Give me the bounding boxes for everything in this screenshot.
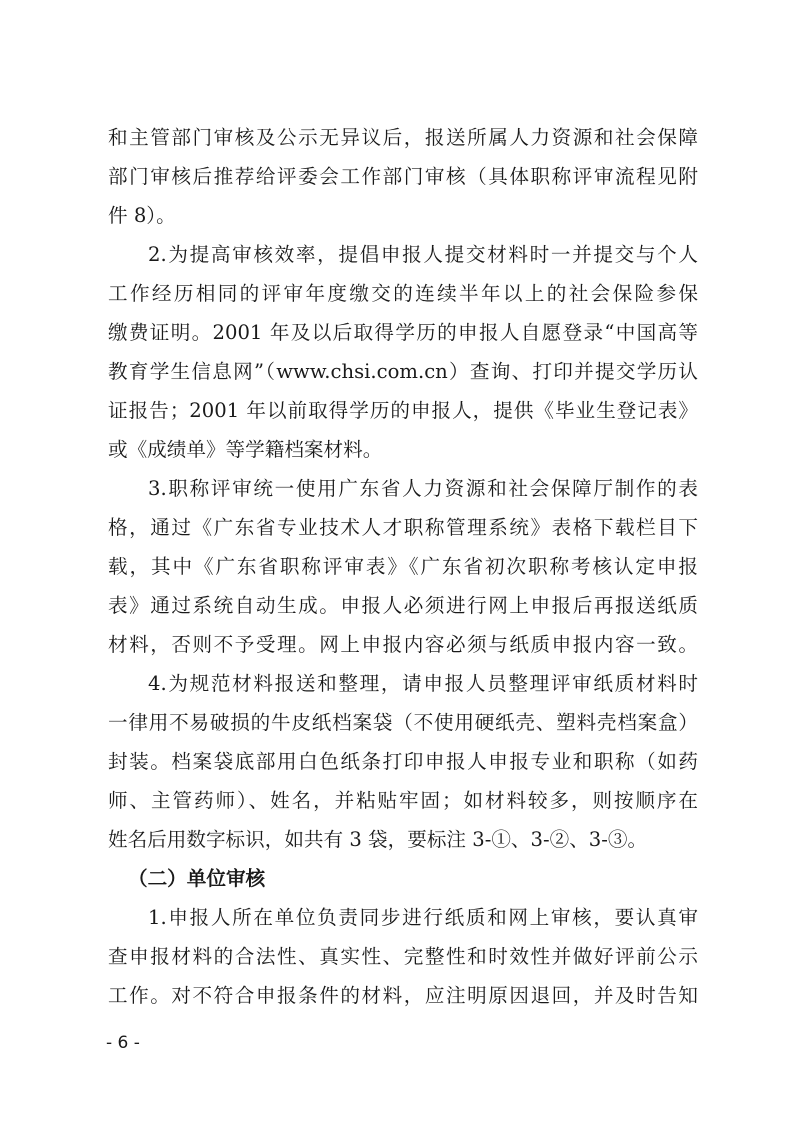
text-line: 部门审核后推荐给评委会工作部门审核（具体职称评审流程见附 bbox=[108, 157, 698, 196]
text-line: 表》通过系统自动生成。申报人必须进行网上申报后再报送纸质 bbox=[108, 586, 698, 625]
text-line: 教育学生信息网”（www.chsi.com.cn）查询、打印并提交学历认 bbox=[108, 352, 698, 391]
text-line: 件 8）。 bbox=[108, 196, 698, 235]
text-line: 材料，否则不予受理。网上申报内容必须与纸质申报内容一致。 bbox=[108, 625, 698, 664]
paragraph-continuation: 和主管部门审核及公示无异议后，报送所属人力资源和社会保障 部门审核后推荐给评委会… bbox=[108, 118, 698, 235]
text-line: 2.为提高审核效率，提倡申报人提交材料时一并提交与个人 bbox=[108, 235, 698, 274]
document-page: 和主管部门审核及公示无异议后，报送所属人力资源和社会保障 部门审核后推荐给评委会… bbox=[108, 118, 698, 1015]
text-line: 工作。对不符合申报条件的材料，应注明原因退回，并及时告知 bbox=[108, 976, 698, 1015]
text-line: 一律用不易破损的牛皮纸档案袋（不使用硬纸壳、塑料壳档案盒） bbox=[108, 703, 698, 742]
page-number: - 6 - bbox=[106, 1033, 140, 1053]
text-line: 和主管部门审核及公示无异议后，报送所属人力资源和社会保障 bbox=[108, 118, 698, 157]
text-line: 师、主管药师）、姓名，并粘贴牢固；如材料较多，则按顺序在 bbox=[108, 781, 698, 820]
paragraph-item-2: 2.为提高审核效率，提倡申报人提交材料时一并提交与个人 工作经历相同的评审年度缴… bbox=[108, 235, 698, 469]
text-line: 或《成绩单》等学籍档案材料。 bbox=[108, 430, 698, 469]
text-line: 姓名后用数字标识，如共有 3 袋，要标注 3-①、3-②、3-③。 bbox=[108, 820, 698, 859]
text-line: 格，通过《广东省专业技术人才职称管理系统》表格下载栏目下 bbox=[108, 508, 698, 547]
paragraph-unit-item-1: 1.申报人所在单位负责同步进行纸质和网上审核，要认真审 查申报材料的合法性、真实… bbox=[108, 898, 698, 1015]
text-line: 缴费证明。2001 年及以后取得学历的申报人自愿登录“中国高等 bbox=[108, 313, 698, 352]
text-line: 封装。档案袋底部用白色纸条打印申报人申报专业和职称（如药 bbox=[108, 742, 698, 781]
section-heading: （二）单位审核 bbox=[108, 859, 698, 898]
text-line: 工作经历相同的评审年度缴交的连续半年以上的社会保险参保 bbox=[108, 274, 698, 313]
text-line: 载，其中《广东省职称评审表》《广东省初次职称考核认定申报 bbox=[108, 547, 698, 586]
text-line: 1.申报人所在单位负责同步进行纸质和网上审核，要认真审 bbox=[108, 898, 698, 937]
text-line: 4.为规范材料报送和整理，请申报人员整理评审纸质材料时 bbox=[108, 664, 698, 703]
text-line: 证报告；2001 年以前取得学历的申报人，提供《毕业生登记表》 bbox=[108, 391, 698, 430]
text-line: 3.职称评审统一使用广东省人力资源和社会保障厅制作的表 bbox=[108, 469, 698, 508]
text-line: 查申报材料的合法性、真实性、完整性和时效性并做好评前公示 bbox=[108, 937, 698, 976]
paragraph-item-4: 4.为规范材料报送和整理，请申报人员整理评审纸质材料时 一律用不易破损的牛皮纸档… bbox=[108, 664, 698, 859]
paragraph-item-3: 3.职称评审统一使用广东省人力资源和社会保障厅制作的表 格，通过《广东省专业技术… bbox=[108, 469, 698, 664]
